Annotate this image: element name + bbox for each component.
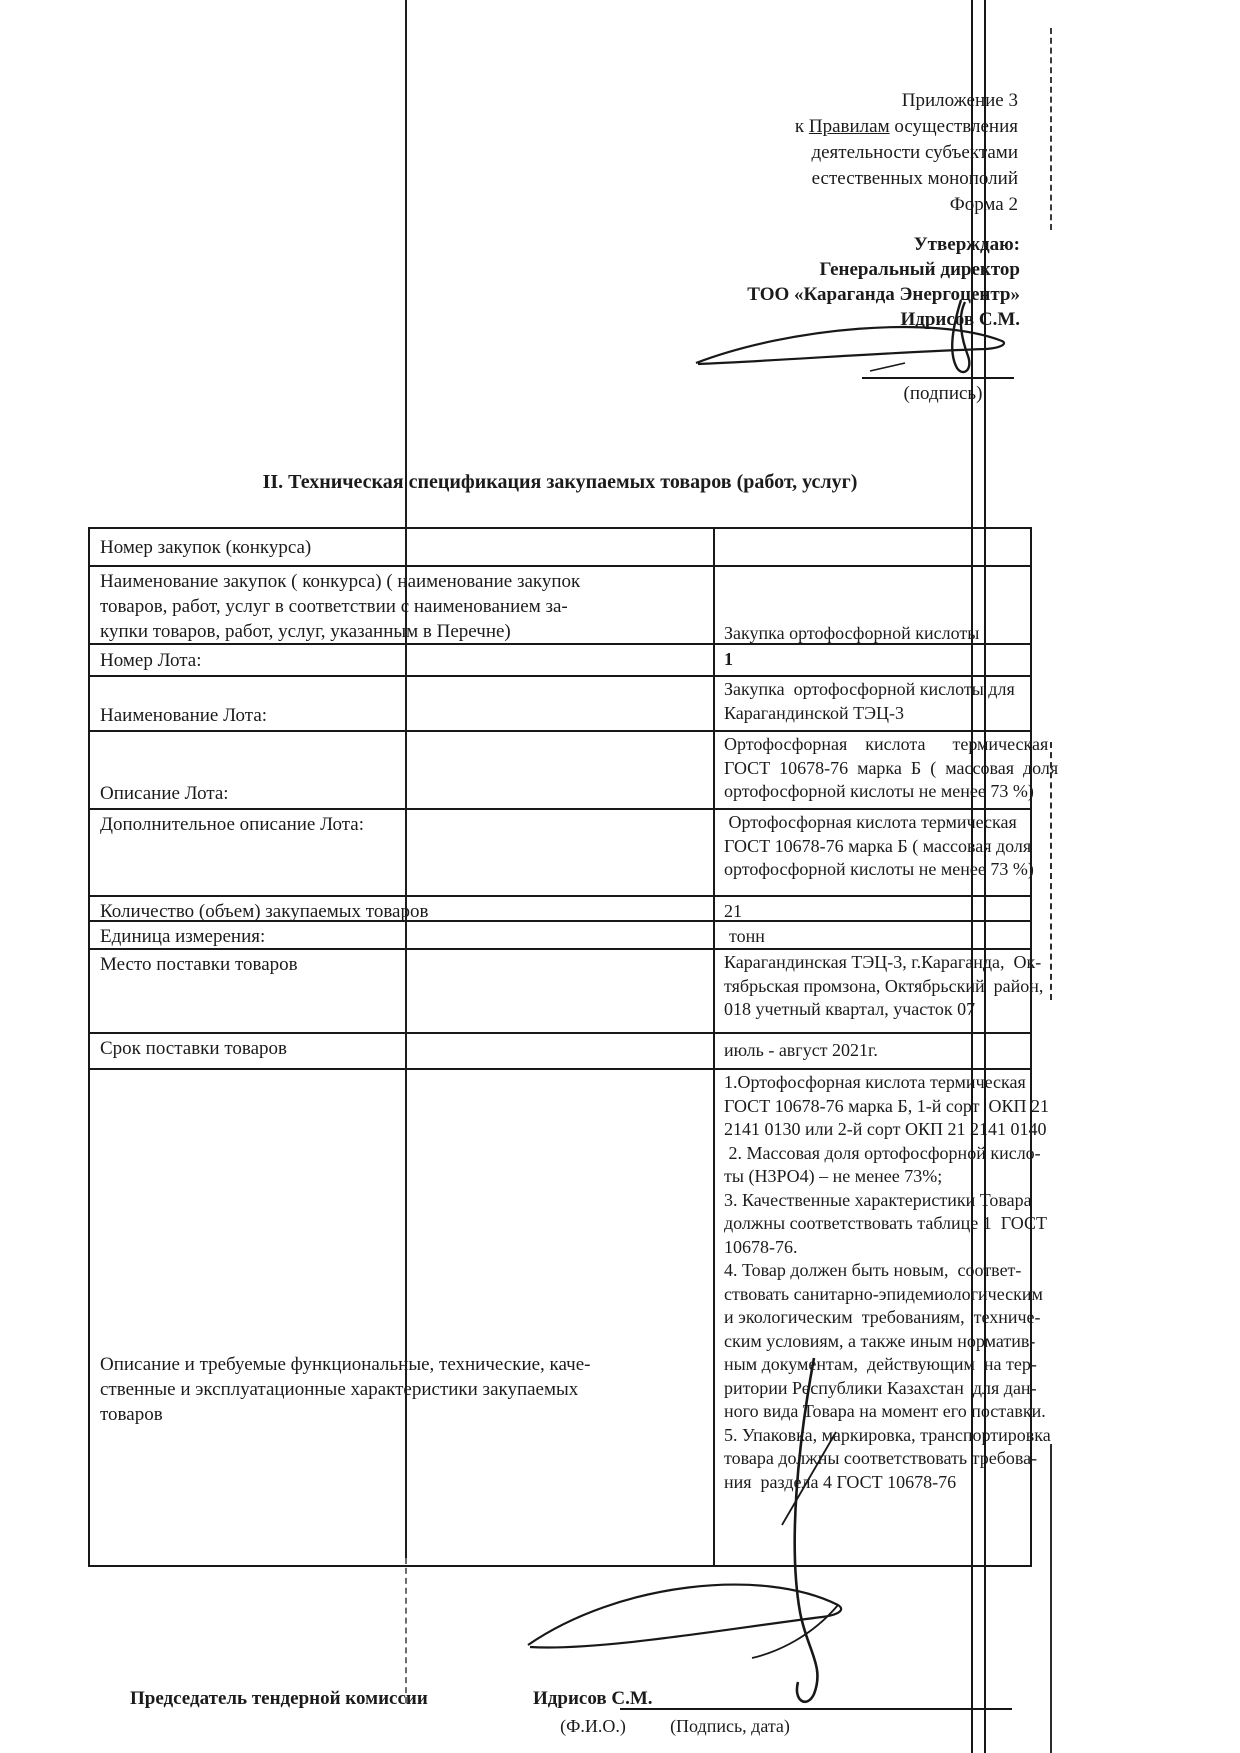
header-note-line4: естественных монополий	[812, 168, 1018, 189]
row-label: Номер закупок (конкурса)	[90, 529, 713, 565]
signature-caption-top: (подпись)	[868, 383, 1018, 405]
row-label: Описание и требуемые функциональные, тех…	[90, 1070, 713, 1565]
row-value: 1	[713, 645, 1069, 675]
row-value: Закупка ортофосфорной кислоты для Карага…	[713, 677, 1069, 730]
signature-line-top	[862, 377, 1014, 379]
row-value: июль - август 2021г.	[713, 1034, 1069, 1068]
spec-table: Номер закупок (конкурса) Наименование за…	[88, 527, 1032, 1567]
scanned-document-page: Приложение 3к Правилам осуществлениядеят…	[0, 0, 1240, 1753]
table-row: Номер Лота: 1	[90, 645, 1030, 677]
row-label: Срок поставки товаров	[90, 1034, 713, 1068]
table-row: Описание Лота: Ортофосфорная кислота тер…	[90, 732, 1030, 810]
scan-artifact-line	[1050, 742, 1052, 1000]
header-note-line1: Приложение 3	[902, 90, 1018, 111]
row-label: Единица измерения:	[90, 922, 713, 951]
row-label: Дополнительное описание Лота:	[90, 810, 713, 895]
row-value: тонн	[713, 922, 1074, 951]
table-row: Наименование закупок ( конкурса) ( наиме…	[90, 567, 1030, 645]
row-label: Наименование Лота:	[90, 677, 713, 730]
row-label: Номер Лота:	[90, 645, 713, 675]
scan-artifact-line	[1050, 1444, 1052, 1753]
approval-block: Утверждаю: Генеральный директор ТОО «Кар…	[747, 232, 1020, 332]
scan-artifact-line	[984, 0, 986, 1753]
table-row: Количество (объем) закупаемых товаров 21	[90, 897, 1030, 922]
podpis-caption: (Подпись, дата)	[650, 1716, 810, 1737]
header-note-line3: деятельности субъектами	[811, 142, 1018, 163]
row-label: Наименование закупок ( конкурса) ( наиме…	[90, 567, 713, 646]
table-row: Единица измерения: тонн	[90, 922, 1030, 950]
underlined-word: Правилам	[809, 116, 890, 137]
scan-artifact-line	[405, 0, 407, 1558]
footer-name: Идрисов С.М.	[533, 1688, 653, 1710]
fio-caption: (Ф.И.О.)	[528, 1716, 658, 1737]
row-value: Карагандинская ТЭЦ-3, г.Караганда, Ок- т…	[713, 950, 1069, 1032]
table-row: Место поставки товаров Карагандинская ТЭ…	[90, 950, 1030, 1034]
row-label: Описание Лота:	[90, 732, 713, 808]
table-row: Дополнительное описание Лота: Ортофосфор…	[90, 810, 1030, 897]
row-value: 1.Ортофосфорная кислота термическая ГОСТ…	[713, 1070, 1069, 1565]
scan-artifact-line	[1050, 28, 1052, 230]
row-value: Закупка ортофосфорной кислоты	[713, 567, 1069, 646]
page-title: II. Техническая спецификация закупаемых …	[88, 471, 1032, 494]
footer-role-label: Председатель тендерной комиссии	[130, 1688, 428, 1710]
scan-artifact-line	[405, 1558, 407, 1703]
signature-line-bottom	[620, 1708, 1012, 1710]
table-row: Наименование Лота: Закупка ортофосфорной…	[90, 677, 1030, 732]
table-row: Срок поставки товаров июль - август 2021…	[90, 1034, 1030, 1070]
row-value: Ортофосфорная кислота термическая ГОСТ 1…	[713, 810, 1069, 895]
table-row: Описание и требуемые функциональные, тех…	[90, 1070, 1030, 1565]
scan-artifact-line	[971, 0, 973, 1753]
row-value: Ортофосфорная кислота термическая ГОСТ 1…	[713, 732, 1069, 808]
row-label: Место поставки товаров	[90, 950, 713, 1032]
row-value	[713, 529, 1069, 565]
table-row: Номер закупок (конкурса)	[90, 529, 1030, 567]
